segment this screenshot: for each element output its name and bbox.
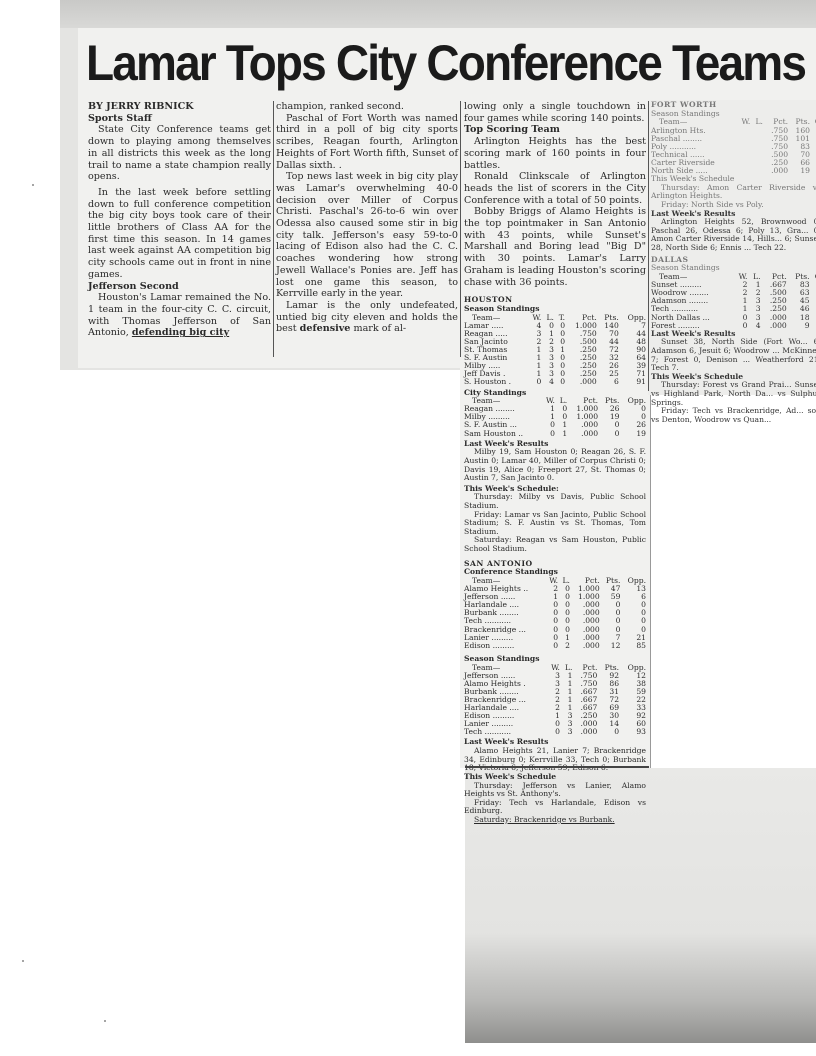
houston-season-standings-table: Team—W.L.T.Pct.Pts.Opp.Lamar .....4001.0… — [464, 314, 646, 387]
san-antonio-season-standings-table: Team—W.L.Pct.Pts.Opp.Jefferson ......31.… — [464, 664, 646, 737]
schedule-item: Saturday: Reagan vs Sam Houston, Public … — [464, 536, 646, 553]
stat-cell: .000 — [763, 167, 788, 175]
stat-cell — [810, 305, 816, 313]
column-header: L. — [750, 118, 763, 126]
stat-cell: 2 — [558, 642, 570, 650]
table-row: Edison .........02.0001285 — [464, 642, 646, 650]
paragraph: Arlington Heights has the best scoring m… — [464, 136, 646, 171]
scan-speck — [104, 1020, 106, 1022]
stat-cell: 0 — [546, 728, 560, 736]
paragraph: lowing only a single touchdown in four g… — [464, 101, 646, 124]
paragraph: State City Conference teams get down to … — [88, 124, 271, 183]
stat-cell: .000 — [570, 642, 600, 650]
stat-cell — [810, 143, 816, 151]
stat-cell — [810, 322, 816, 330]
subhead-jefferson-second: Jefferson Second — [88, 281, 271, 293]
headline: Lamar Tops City Conference Teams — [86, 34, 805, 92]
column-rule — [648, 101, 649, 391]
stat-cell — [750, 143, 763, 151]
san-antonio-conference-standings-table: Team—W.L.Pct.Pts.Opp.Alamo Heights ..201… — [464, 577, 646, 650]
schedule-item: Thursday: Forest vs Grand Prai... Sunset… — [651, 381, 816, 407]
stat-cell — [810, 159, 816, 167]
table-row: Tech ...........03.000093 — [464, 728, 646, 736]
stat-cell: 0 — [598, 430, 619, 438]
paragraph: Top news last week in big city play was … — [276, 171, 458, 300]
paragraph: Houston's Lamar remained the No. 1 team … — [88, 292, 271, 339]
results-text: Sunset 38, North Side (Fort Wo... 6; Ada… — [651, 338, 816, 372]
dallas-section: DALLAS Season Standings Team—W.L.Pct.Pts… — [651, 256, 816, 425]
schedule-item: Friday: Lamar vs San Jacinto, Public Sch… — [464, 511, 646, 537]
schedule-item: Thursday: Milby vs Davis, Public School … — [464, 493, 646, 510]
stat-cell: 91 — [619, 378, 646, 386]
staff-line: Sports Staff — [88, 113, 271, 125]
stat-cell: 0 — [544, 642, 558, 650]
stat-cell — [810, 135, 816, 143]
stat-cell: 19 — [788, 167, 810, 175]
stat-cell — [736, 135, 750, 143]
schedule-item: Thursday: Amon Carter Riverside vs Arlin… — [651, 184, 816, 201]
fort-worth-season-standings-table: Team—W.L.Pct.Pts.OArlington Hts..750160P… — [651, 118, 816, 175]
column-rule — [460, 101, 461, 357]
stat-cell — [750, 135, 763, 143]
stat-cell — [810, 281, 816, 289]
paragraph-text: mark of al- — [353, 323, 406, 334]
results-text: Milby 19, Sam Houston 0; Reagan 26, S. F… — [464, 448, 646, 482]
paragraph: Ronald Clinkscale of Arlington heads the… — [464, 171, 646, 206]
stat-cell — [750, 159, 763, 167]
clipping-top-edge — [60, 0, 816, 28]
subhead-top-scoring-team: Top Scoring Team — [464, 124, 646, 136]
column-header: O — [810, 118, 816, 126]
schedule-item: Friday: Tech vs Brackenridge, Ad... son … — [651, 407, 816, 424]
byline: BY JERRY RIBNICK — [88, 101, 271, 113]
stat-cell: 0 — [554, 378, 565, 386]
team-cell: Tech ........... — [464, 728, 546, 736]
team-cell: Sam Houston .. — [464, 430, 541, 438]
stat-cell — [810, 127, 816, 135]
paragraph: Bobby Briggs of Alamo Heights is the top… — [464, 206, 646, 288]
paragraph: Lamar is the only undefeated, untied big… — [276, 300, 458, 335]
fort-worth-section: FORT WORTH Season Standings Team—W.L.Pct… — [651, 101, 816, 253]
article-column-3: lowing only a single touchdown in four g… — [464, 101, 646, 825]
stat-cell: 6 — [597, 378, 619, 386]
stat-cell: .000 — [572, 728, 597, 736]
results-text: Arlington Heights 52, Brownwood 0; Pasch… — [651, 218, 816, 252]
stat-cell — [810, 167, 816, 175]
column-rule — [273, 101, 274, 357]
stat-cell: 9 — [787, 322, 810, 330]
stat-cell: 12 — [600, 642, 621, 650]
san-antonio-section: SAN ANTONIO Conference Standings Team—W.… — [464, 560, 646, 825]
stat-cell — [736, 167, 750, 175]
stat-cell: 1 — [555, 430, 567, 438]
stat-cell — [750, 167, 763, 175]
table-row: Sam Houston ..01.000019 — [464, 430, 646, 438]
stat-cell: 3 — [560, 728, 572, 736]
dallas-season-standings-table: Team—W.L.Pct.Pts.OSunset .........21.667… — [651, 273, 816, 330]
houston-section: HOUSTON Season Standings Team—W.L.T.Pct.… — [464, 296, 646, 553]
stat-cell — [736, 151, 750, 159]
stat-cell: 0 — [541, 430, 555, 438]
paragraph: In the last week before settling down to… — [88, 187, 271, 281]
stat-cell — [810, 151, 816, 159]
stat-cell: .000 — [565, 378, 597, 386]
stat-cell: 93 — [619, 728, 646, 736]
team-cell: Edison ......... — [464, 642, 544, 650]
schedule-item: Saturday: Brackenridge vs Burbank. — [464, 816, 646, 825]
paragraph: champion, ranked second. — [276, 101, 458, 113]
stat-cell — [810, 289, 816, 297]
stat-cell: 19 — [619, 430, 646, 438]
standings-column-4: FORT WORTH Season Standings Team—W.L.Pct… — [651, 101, 816, 424]
team-cell: S. Houston . — [464, 378, 527, 386]
stat-cell — [750, 151, 763, 159]
stat-cell — [750, 127, 763, 135]
schedule-item: Thursday: Jefferson vs Lanier, Alamo Hei… — [464, 782, 646, 799]
column-header: W. — [736, 118, 750, 126]
bottom-rule — [465, 766, 649, 768]
stat-cell: 85 — [620, 642, 646, 650]
stat-cell: 0 — [597, 728, 619, 736]
stat-cell — [736, 127, 750, 135]
stat-cell: 0 — [527, 378, 542, 386]
table-row: S. Houston .040.000691 — [464, 378, 646, 386]
stat-cell — [736, 143, 750, 151]
stat-cell: .000 — [567, 430, 598, 438]
stat-cell — [810, 314, 816, 322]
stat-cell: 4 — [541, 378, 554, 386]
schedule-item: Friday: Tech vs Harlandale, Edison vs Ed… — [464, 799, 646, 816]
stat-cell: .000 — [761, 322, 787, 330]
scan-speck — [22, 960, 24, 962]
houston-city-standings-table: Team—W.L.Pct.Pts.Opp.Reagan ........101.… — [464, 397, 646, 437]
paragraph: Paschal of Fort Worth was named third in… — [276, 113, 458, 172]
stat-cell — [810, 297, 816, 305]
column-header: O — [810, 273, 816, 281]
stat-cell: 4 — [747, 322, 760, 330]
scan-speck — [32, 184, 34, 186]
stat-cell — [736, 159, 750, 167]
bold-text: defensive — [300, 323, 351, 334]
results-text: Alamo Heights 21, Lanier 7; Brackenridge… — [464, 747, 646, 773]
underlined-text: defending big city — [132, 327, 229, 338]
article-column-2: champion, ranked second. Paschal of Fort… — [276, 101, 458, 335]
article-column-1: BY JERRY RIBNICK Sports Staff State City… — [88, 101, 271, 339]
